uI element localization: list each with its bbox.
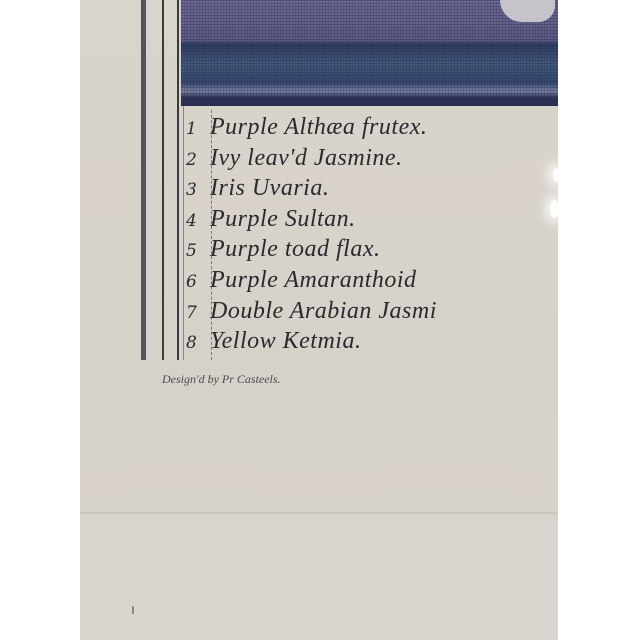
legend-item: 5Purple toad flax. [186,234,558,265]
border-rule-outer [141,0,146,360]
legend-item: 4Purple Sultan. [186,204,558,235]
border-rule-inner [177,0,179,360]
designer-credit: Design'd by Pr Casteels. [162,372,281,387]
number-column-rule [183,106,184,360]
engraving-illustration [181,0,558,106]
legend-item: 1Purple Althæa frutex. [186,112,558,143]
paper-speck [132,606,134,614]
legend-item: 6Purple Amaranthoid [186,265,558,296]
legend-item: 2Ivy leav'd Jasmine. [186,143,558,174]
legend-item: 7Double Arabian Jasmi [186,296,558,327]
glass-glare [550,200,559,218]
legend-item: 3Iris Uvaria. [186,173,558,204]
border-rule-middle [162,0,164,360]
legend-item: 8Yellow Ketmia. [186,326,558,357]
glass-glare [553,168,559,182]
lower-mat [80,515,558,640]
plant-legend: 1Purple Althæa frutex. 2Ivy leav'd Jasmi… [186,112,558,357]
